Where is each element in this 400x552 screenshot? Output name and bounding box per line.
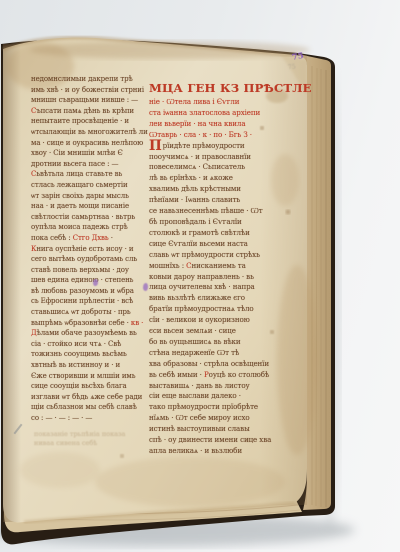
ink-text: вивь вьзлѣтѣ єлижьже єго bbox=[149, 293, 245, 302]
manuscript-text-line: леи вьверїи · на чна квила bbox=[149, 119, 269, 130]
ink-text: рїидѣте прѣмоудрости bbox=[163, 141, 245, 150]
ink-text: со : — · — : — · — bbox=[31, 414, 92, 422]
ink-text: изглави ѡт бѣдь ѧже себе ради bbox=[31, 393, 142, 401]
ink-text: ьвѣтьла лица ставьте вь bbox=[36, 170, 122, 178]
manuscript-text-line: вивь вьзлѣтѣ єлижьже єго bbox=[149, 293, 269, 304]
ink-text: лица оучителевы хвѣ · напра bbox=[149, 282, 255, 291]
manuscript-text-line: наа · и даеть мощи писаніе bbox=[31, 201, 143, 212]
ink-text: стѣна недарженїе Ѡт тѣ bbox=[149, 348, 239, 357]
ink-text: мошнїхь : bbox=[149, 261, 186, 270]
ink-text: вѣ любовь разоумомь и ѡбра bbox=[31, 287, 134, 295]
rubric-text: кв · bbox=[131, 319, 143, 327]
ink-text: пока себѣ : bbox=[31, 234, 73, 242]
ink-text: спѣ · оу двинести имени сице хва bbox=[149, 435, 271, 444]
manuscript-text-line: лѣ вь єрїнѣхь · и ѧкоже bbox=[149, 173, 269, 184]
ink-text: ъпсати памѧ дѣнь вь крѣпи bbox=[36, 107, 134, 115]
ink-text: ма · сице и оукрасивь нелѣпою bbox=[31, 139, 143, 147]
manuscript-text-line: бѣ проповѣдаль і Єѵгалїи bbox=[149, 217, 269, 228]
ink-text: ставьшисѧ ѡт доброты · прь bbox=[31, 308, 131, 316]
folio-ghost-mark: 75 bbox=[288, 64, 296, 72]
manuscript-text-line: сице Єѵгалїи вьсеми наста bbox=[149, 239, 269, 250]
ink-text: бѣ проповѣдаль і Єѵгалїи bbox=[149, 217, 242, 226]
manuscript-text-line: спѣ · оу двинести имени сице хва bbox=[149, 435, 269, 446]
ink-text: мнишн съвращьми нивше : — bbox=[31, 96, 138, 104]
manuscript-text-line: се навьзнесеннѣмь пѣвше · Ѡт bbox=[149, 206, 269, 217]
manuscript-text-line: недомнслимыи дакрепи трѣ bbox=[31, 74, 143, 85]
manuscript-text-line: повеселимсѧ · Сьписатель bbox=[149, 162, 269, 173]
ink-text: ѣлами обаче разоумѣемь вь bbox=[37, 329, 137, 337]
ink-text: нїѧмь · Ѡт себе мироу исхо bbox=[149, 413, 250, 422]
ink-text: нисканиемь та bbox=[191, 261, 245, 270]
showthrough-text: показаніе трьпѣніа показаниваа сивена се… bbox=[34, 430, 146, 448]
ink-text: оупѣла моиса падежь стрѣ bbox=[31, 223, 128, 231]
manuscript-text-line: хва образовы · стрѣла освѣщенїи bbox=[149, 359, 269, 370]
ink-text: недомнслимыи дакрепи трѣ bbox=[31, 75, 133, 83]
folio-number: 75 bbox=[291, 51, 304, 63]
manuscript-text-line: изглави ѡт бѣдь ѧже себе ради bbox=[31, 392, 143, 403]
manuscript-text-line: столюкѣ и грамотѣ свѣтлѣи bbox=[149, 228, 269, 239]
manuscript-text-line: бо вь оущьншисѧ вь вѣки bbox=[149, 337, 269, 348]
ink-text: щіи сьблазнои мы себѣ славѣ bbox=[31, 403, 137, 411]
manuscript-text-line: сіа · стойко иси чтѧ · Свѣ bbox=[31, 339, 143, 350]
ink-text: имь хвѣ · и оу божествіи стрниі bbox=[31, 86, 144, 94]
manuscript-text-line: хвалимь дѣль крѣстными bbox=[149, 184, 269, 195]
manuscript-text-line: хвтныѣ вь истинноу и · и bbox=[31, 360, 143, 371]
rubric-text: ніе · Ѡтела лива і Єѵгли bbox=[149, 97, 239, 106]
manuscript-text-line: щіи сьблазнои мы себѣ славѣ bbox=[31, 402, 143, 413]
manuscript-text-line: ковыи дароу направлень · вь bbox=[149, 272, 269, 283]
manuscript-text-line: сего вытѣмь оудобротамь сль bbox=[31, 254, 143, 265]
manuscript-text-line: пооучимсѧ · и православнїи bbox=[149, 152, 269, 163]
ink-text: апла великаѧ · и вьзлюби bbox=[149, 446, 242, 455]
manuscript-text-line: шев едина единою · степень bbox=[31, 275, 143, 286]
manuscript-photo: 75 75 недомнслимыи дакрепи трѣимь хвѣ · … bbox=[0, 0, 400, 552]
ink-text: сь Ефросини прѣлестіи · всѣ bbox=[31, 297, 133, 305]
ink-text: выпрѣмь ѡбразовнѣи себе · bbox=[31, 319, 131, 327]
ink-text: братїи прѣмоудростнаѧ тѣло bbox=[149, 304, 254, 313]
ink-text: столюкѣ и грамотѣ свѣтлѣи bbox=[149, 228, 250, 237]
ink-text: оуцѣ ко столюбѣ bbox=[209, 370, 269, 379]
ink-text: сіи еще выслави далеко · bbox=[149, 391, 241, 400]
manuscript-text-line: сице сооущіи вьсѣхь блага bbox=[31, 381, 143, 392]
ink-text: · bbox=[109, 234, 113, 242]
manuscript-text-line: ста іѡанна златослова архіепи bbox=[149, 108, 269, 119]
manuscript-text-line: тако прѣмоудрости прїобрѣте bbox=[149, 402, 269, 413]
manuscript-text-line: Съпсати памѧ дѣнь вь крѣпи bbox=[31, 106, 143, 117]
manuscript-text-line: выпрѣмь ѡбразовнѣи себе · кв · bbox=[31, 318, 143, 329]
ink-text: Єже створивши и млшіи имь bbox=[31, 372, 135, 380]
ink-text: наа · и даеть мощи писаніе bbox=[31, 202, 129, 210]
manuscript-text-line: стлась лежащаго сьмертіи bbox=[31, 180, 143, 191]
manuscript-text-line: ніе · Ѡтела лива і Єѵгли bbox=[149, 97, 269, 108]
ink-text: шев едина единою · степень bbox=[31, 276, 133, 284]
manuscript-text-line: вь себѣ имыи · Роуцѣ ко столюбѣ bbox=[149, 370, 269, 381]
rubric-text: ста іѡанна златослова архіепи bbox=[149, 108, 260, 117]
ink-text: истинѣ выстоупивыи славы bbox=[149, 424, 250, 433]
manuscript-text-line: МЦА ГЕН КЗ ПРѢСТЛЕ bbox=[149, 80, 269, 97]
ink-text: сице Єѵгалїи вьсеми наста bbox=[149, 239, 248, 248]
manuscript-text-line: свѣтлостіи самьртнаа · вьтрь bbox=[31, 212, 143, 223]
manuscript-text-line: єси вьсеи землѧи · сице bbox=[149, 326, 269, 337]
ink-text: хвоу · Сіи мнишіи млѣи Є bbox=[31, 149, 123, 157]
ink-text: ѡт зарін своіхь дары мысль bbox=[31, 192, 129, 200]
manuscript-text-line: сіи еще выслави далеко · bbox=[149, 391, 269, 402]
ink-text: дротнии вьсега пасе : — bbox=[31, 160, 118, 168]
manuscript-text-line: Ѡтаврь · сла · к · по · Бгь З · bbox=[149, 130, 269, 141]
manuscript-text-line: ѡт зарін своіхь дары мысль bbox=[31, 191, 143, 202]
manuscript-text-line: сь Ефросини прѣлестіи · всѣ bbox=[31, 296, 143, 307]
manuscript-text-line: показаніе трьпѣніа показа bbox=[34, 430, 146, 439]
ink-text: славь ѡт прѣмоудрости стрѣхь bbox=[149, 250, 260, 259]
manuscript-text-line: непытаите просвѣщеніе · и bbox=[31, 116, 143, 127]
ink-text: ѡтсылающіи вь многожителѣ ли bbox=[31, 128, 148, 136]
manuscript-text-line: Прїидѣте прѣмоудрости bbox=[149, 141, 269, 152]
manuscript-text-line: ма · сице и оукрасивь нелѣпою bbox=[31, 138, 143, 149]
manuscript-text-line: славь ѡт прѣмоудрости стрѣхь bbox=[149, 250, 269, 261]
rubric-text: леи вьверїи · на чна квила bbox=[149, 119, 245, 128]
manuscript-text-line: мнишн съвращьми нивше : — bbox=[31, 95, 143, 106]
manuscript-text-line: мошнїхь : Снисканиемь та bbox=[149, 261, 269, 272]
ink-text: показаніе трьпѣніа показа bbox=[34, 430, 125, 438]
manuscript-text-line: ѡтсылающіи вь многожителѣ ли bbox=[31, 127, 143, 138]
left-text-column: недомнслимыи дакрепи трѣимь хвѣ · и оу б… bbox=[31, 74, 143, 424]
manuscript-text-line: лица оучителевы хвѣ · напра bbox=[149, 282, 269, 293]
ink-text: пѣнїами · Іѡаннь славить bbox=[149, 195, 240, 204]
ink-text: ковыи дароу направлень · вь bbox=[149, 272, 254, 281]
ink-text: ставѣ повель верхьмы · доу bbox=[31, 266, 129, 274]
manuscript-text-line: дротнии вьсега пасе : — bbox=[31, 159, 143, 170]
rubric-text: МЦА ГЕН КЗ ПРѢСТЛЕ bbox=[149, 81, 312, 95]
manuscript-text-line: ниваа сивена себѣ bbox=[34, 439, 146, 448]
manuscript-text-line: оупѣла моиса падежь стрѣ bbox=[31, 222, 143, 233]
manuscript-text-line: Книга оуспѣніе єсть исоу · и bbox=[31, 244, 143, 255]
ink-text: бо вь оущьншисѧ вь вѣки bbox=[149, 337, 241, 346]
ink-text: выставишѧ · дань вь листоу bbox=[149, 381, 250, 390]
ink-text: сіа · стойко иси чтѧ · Свѣ bbox=[31, 340, 121, 348]
purple-ink-blot bbox=[93, 279, 98, 286]
ink-text: хвалимь дѣль крѣстными bbox=[149, 184, 241, 193]
manuscript-text-line: истинѣ выстоупивыи славы bbox=[149, 424, 269, 435]
ink-text: сїи · великои и оукоризною bbox=[149, 315, 250, 324]
ink-text: лѣ вь єрїнѣхь · и ѧкоже bbox=[149, 173, 233, 182]
ink-text: непытаите просвѣщеніе · и bbox=[31, 117, 129, 125]
ink-text: пооучимсѧ · и православнїи bbox=[149, 152, 251, 161]
ink-text: сего вытѣмь оудобротамь сль bbox=[31, 255, 137, 263]
manuscript-text-line: братїи прѣмоудростнаѧ тѣло bbox=[149, 304, 269, 315]
ink-text: свѣтлостіи самьртнаа · вьтрь bbox=[31, 213, 135, 221]
ink-text: тако прѣмоудрости прїобрѣте bbox=[149, 402, 258, 411]
ink-text: хва образовы · стрѣла освѣщенїи bbox=[149, 359, 269, 368]
ink-text: се навьзнесеннѣмь пѣвше · Ѡт bbox=[149, 206, 263, 215]
manuscript-text-line: имь хвѣ · и оу божествіи стрниі bbox=[31, 85, 143, 96]
ink-text: єси вьсеи землѧи · сице bbox=[149, 326, 236, 335]
manuscript-text-line: ставѣ повель верхьмы · доу bbox=[31, 265, 143, 276]
manuscript-text-line: вѣ любовь разоумомь и ѡбра bbox=[31, 286, 143, 297]
manuscript-text-line: сїи · великои и оукоризною bbox=[149, 315, 269, 326]
manuscript-text-line: пѣнїами · Іѡаннь славить bbox=[149, 195, 269, 206]
manuscript-text-line: хвоу · Сіи мнишіи млѣи Є bbox=[31, 148, 143, 159]
manuscript-text-line: стѣна недарженїе Ѡт тѣ bbox=[149, 348, 269, 359]
rubric-text: Стго Дхвь bbox=[73, 234, 109, 242]
ink-text: вь себѣ имыи · bbox=[149, 370, 204, 379]
ink-text: сице сооущіи вьсѣхь блага bbox=[31, 382, 127, 390]
rubric-text: Ѡтаврь · сла · к · по · Бгь З · bbox=[149, 130, 252, 139]
manuscript-text-line: Сьвѣтьла лица ставьте вь bbox=[31, 169, 143, 180]
right-text-column: МЦА ГЕН КЗ ПРѢСТЛЕніе · Ѡтела лива і Єѵг… bbox=[149, 80, 269, 457]
manuscript-text-line: апла великаѧ · и вьзлюби bbox=[149, 446, 269, 457]
manuscript-text-line: со : — · — : — · — bbox=[31, 413, 143, 424]
manuscript-text-line: пока себѣ : Стго Дхвь · bbox=[31, 233, 143, 244]
ink-text: стлась лежащаго сьмертіи bbox=[31, 181, 128, 189]
manuscript-text-line: Єже створивши и млшіи имь bbox=[31, 371, 143, 382]
purple-ink-blot bbox=[143, 283, 148, 291]
ink-text: хвтныѣ вь истинноу и · и bbox=[31, 361, 120, 369]
manuscript-text-line: выставишѧ · дань вь листоу bbox=[149, 381, 269, 392]
ink-text: нига оуспѣніе єсть исоу · и bbox=[36, 245, 133, 253]
ink-text: ниваа сивена себѣ bbox=[34, 439, 97, 447]
manuscript-text-line: Дѣлами обаче разоумѣемь вь bbox=[31, 328, 143, 339]
ink-text: повеселимсѧ · Сьписатель bbox=[149, 162, 245, 171]
ink-text: тожизнь сооущимь вьсѣмь bbox=[31, 350, 127, 358]
manuscript-text-line: ставьшисѧ ѡт доброты · прь bbox=[31, 307, 143, 318]
manuscript-text-line: нїѧмь · Ѡт себе мироу исхо bbox=[149, 413, 269, 424]
manuscript-text-line: тожизнь сооущимь вьсѣмь bbox=[31, 349, 143, 360]
